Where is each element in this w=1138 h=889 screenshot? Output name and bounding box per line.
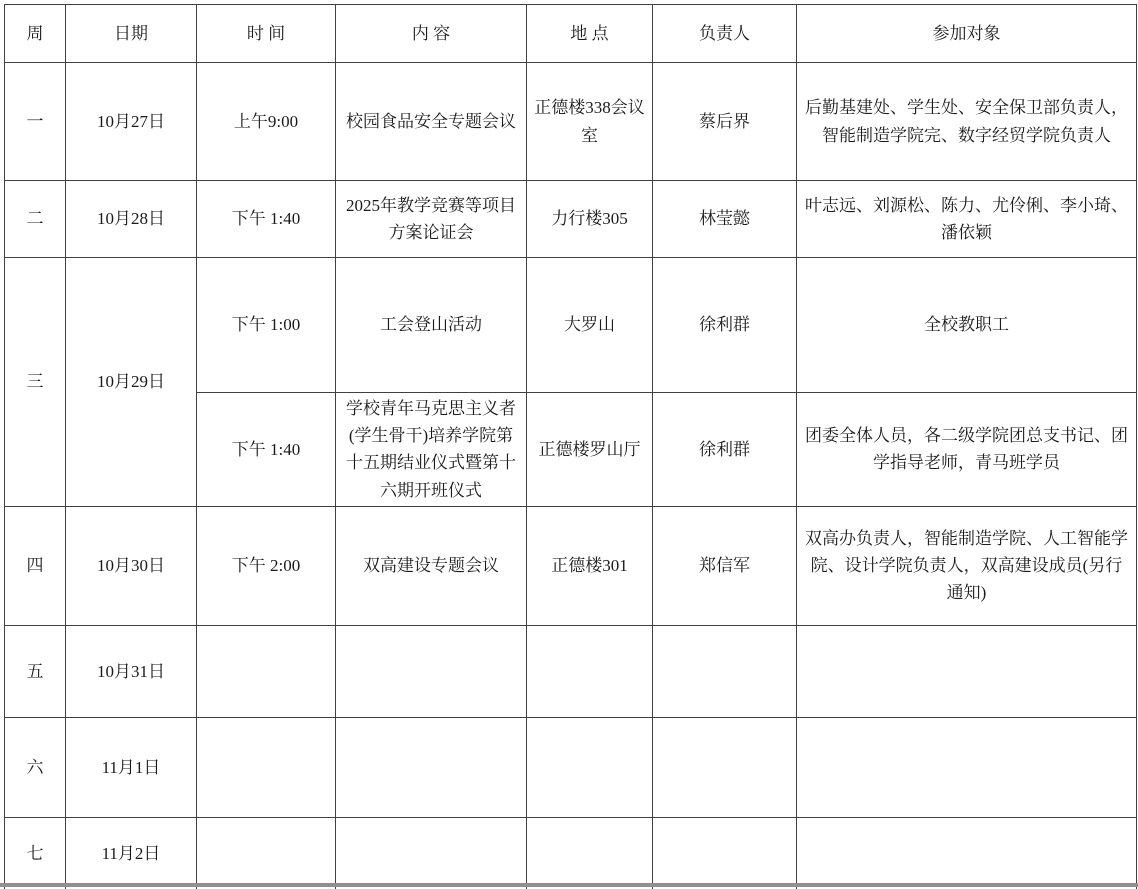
cell-date: 11月2日 (66, 817, 197, 889)
cell-location: 力行楼305 (527, 181, 653, 258)
cell-week: 七 (5, 817, 66, 889)
cell-participants (797, 625, 1137, 717)
cell-leader (653, 717, 797, 817)
cell-content (336, 717, 527, 817)
col-header-time: 时 间 (197, 5, 336, 63)
cell-content: 双高建设专题会议 (336, 506, 527, 625)
cell-time: 下午 1:00 (197, 258, 336, 393)
cell-content: 校园食品安全专题会议 (336, 63, 527, 181)
cell-leader: 郑信军 (653, 506, 797, 625)
cell-leader (653, 625, 797, 717)
col-header-date: 日期 (66, 5, 197, 63)
cell-location: 正德楼罗山厅 (527, 393, 653, 507)
cell-time: 下午 1:40 (197, 181, 336, 258)
cell-week: 一 (5, 63, 66, 181)
cell-time: 上午9:00 (197, 63, 336, 181)
table-header-row: 周 日期 时 间 内 容 地 点 负责人 参加对象 (5, 5, 1137, 63)
cell-participants: 全校教职工 (797, 258, 1137, 393)
col-header-leader: 负责人 (653, 5, 797, 63)
cell-leader: 林莹懿 (653, 181, 797, 258)
cell-week: 六 (5, 717, 66, 817)
cell-date: 10月30日 (66, 506, 197, 625)
cell-week: 四 (5, 506, 66, 625)
cell-date: 10月31日 (66, 625, 197, 717)
cell-content (336, 817, 527, 889)
cell-date: 10月28日 (66, 181, 197, 258)
page-edge-divider (0, 883, 1138, 887)
cell-participants: 双高办负责人，智能制造学院、人工智能学院、设计学院负责人，双高建设成员(另行通知… (797, 506, 1137, 625)
cell-content: 学校青年马克思主义者(学生骨干)培养学院第十五期结业仪式暨第十六期开班仪式 (336, 393, 527, 507)
weekly-schedule-table: 周 日期 时 间 内 容 地 点 负责人 参加对象 一 10月27日 上午9:0… (4, 4, 1137, 889)
cell-participants (797, 717, 1137, 817)
cell-leader: 徐利群 (653, 258, 797, 393)
cell-week: 五 (5, 625, 66, 717)
col-header-week: 周 (5, 5, 66, 63)
cell-location: 正德楼301 (527, 506, 653, 625)
cell-content: 工会登山活动 (336, 258, 527, 393)
table-row-friday: 五 10月31日 (5, 625, 1137, 717)
cell-time (197, 717, 336, 817)
cell-time (197, 817, 336, 889)
col-header-content: 内 容 (336, 5, 527, 63)
cell-location (527, 625, 653, 717)
document-page: 周 日期 时 间 内 容 地 点 负责人 参加对象 一 10月27日 上午9:0… (4, 4, 1137, 889)
cell-leader (653, 817, 797, 889)
cell-date: 11月1日 (66, 717, 197, 817)
table-row-wednesday-1: 三 10月29日 下午 1:00 工会登山活动 大罗山 徐利群 全校教职工 (5, 258, 1137, 393)
table-row-tuesday: 二 10月28日 下午 1:40 2025年教学竞赛等项目方案论证会 力行楼30… (5, 181, 1137, 258)
cell-participants (797, 817, 1137, 889)
cell-leader: 蔡后界 (653, 63, 797, 181)
cell-time: 下午 2:00 (197, 506, 336, 625)
cell-participants: 后勤基建处、学生处、安全保卫部负责人，智能制造学院完、数字经贸学院负责人 (797, 63, 1137, 181)
cell-location: 大罗山 (527, 258, 653, 393)
cell-week: 二 (5, 181, 66, 258)
cell-location (527, 817, 653, 889)
col-header-location: 地 点 (527, 5, 653, 63)
cell-location (527, 717, 653, 817)
cell-location: 正德楼338会议室 (527, 63, 653, 181)
cell-content (336, 625, 527, 717)
table-row-monday: 一 10月27日 上午9:00 校园食品安全专题会议 正德楼338会议室 蔡后界… (5, 63, 1137, 181)
cell-participants: 团委全体人员，各二级学院团总支书记、团学指导老师，青马班学员 (797, 393, 1137, 507)
cell-content: 2025年教学竞赛等项目方案论证会 (336, 181, 527, 258)
table-row-thursday: 四 10月30日 下午 2:00 双高建设专题会议 正德楼301 郑信军 双高办… (5, 506, 1137, 625)
cell-date: 10月27日 (66, 63, 197, 181)
col-header-participants: 参加对象 (797, 5, 1137, 63)
cell-week: 三 (5, 258, 66, 507)
cell-participants: 叶志远、刘源松、陈力、尤伶俐、李小琦、潘依颖 (797, 181, 1137, 258)
cell-time: 下午 1:40 (197, 393, 336, 507)
cell-time (197, 625, 336, 717)
table-row-saturday: 六 11月1日 (5, 717, 1137, 817)
cell-date: 10月29日 (66, 258, 197, 507)
cell-leader: 徐利群 (653, 393, 797, 507)
table-row-sunday: 七 11月2日 (5, 817, 1137, 889)
